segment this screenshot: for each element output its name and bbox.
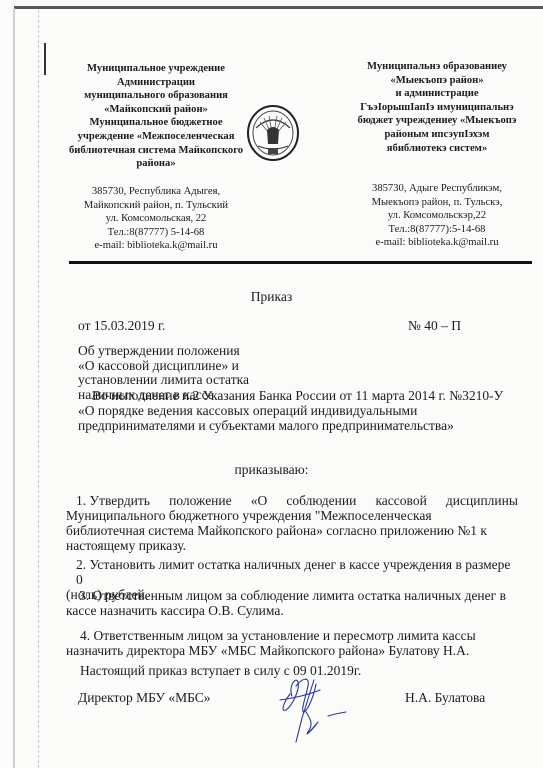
preamble-line: Во исполнение п.2 Указания Банка России …: [78, 388, 518, 403]
document-page: Муниципальное учреждение Администрации м…: [0, 0, 543, 768]
org-line: Муниципальное бюджетное: [58, 116, 254, 130]
item-line: 4. Ответственным лицом за установление и…: [66, 628, 518, 643]
org-line: библиотечная система Майкопского: [58, 144, 254, 158]
scan-left-edge: [13, 8, 15, 768]
org-line: «Мыекъопэ район»: [337, 74, 537, 88]
org-line: учреждение «Межпоселенческая: [58, 130, 254, 144]
address-line: 385730, Адыге Республикэм,: [337, 182, 537, 196]
subject-line: Об утверждении положения: [78, 344, 249, 359]
preamble-line: предпринимателями и субъектами малого пр…: [78, 418, 518, 433]
letterhead-divider: [69, 261, 532, 264]
item-line: назначить директора МБУ «МБС Майкопского…: [66, 643, 518, 658]
preamble: Во исполнение п.2 Указания Банка России …: [78, 388, 518, 433]
document-date: от 15.03.2019 г.: [78, 318, 165, 334]
preamble-line: «О порядке ведения кассовых операций инд…: [78, 403, 518, 418]
org-line: Муниципальнэ образованиеу: [337, 60, 537, 74]
signatory-title: Директор МБУ «МБС»: [78, 690, 211, 706]
item-line: 3. Ответственным лицом за соблюдение лим…: [66, 588, 518, 603]
address-line: ул. Комсомольская, 22: [58, 212, 254, 226]
order-item-1: 1. Утвердить положение «О соблюдении кас…: [66, 493, 518, 553]
item-first-line: 1. Утвердить положение «О соблюдении кас…: [66, 493, 518, 508]
word: положение: [169, 493, 232, 508]
item-line: библиотечная система Майкопского района»…: [66, 523, 518, 538]
signatory-name: Н.А. Булатова: [405, 690, 485, 706]
document-title: Приказ: [0, 289, 543, 305]
phone-line: Тел.:8(87777) 5-14-68: [58, 226, 254, 240]
document-number: № 40 – П: [408, 318, 461, 334]
word: соблюдении: [286, 493, 356, 508]
letterhead-left-address: 385730, Республика Адыгея, Майкопский ра…: [58, 185, 254, 253]
address-line: 385730, Республика Адыгея,: [58, 185, 254, 199]
word: «О: [251, 493, 268, 508]
item-line: кассе назначить кассира О.В. Сулима.: [66, 603, 518, 618]
scan-top-edge: [14, 6, 543, 9]
address-line: Майкопский район, п. Тульский: [58, 199, 254, 213]
org-line: «Майкопский район»: [58, 103, 254, 117]
org-line: Администрации: [58, 76, 254, 90]
email-line: e-mail: biblioteka.k@mail.ru: [337, 236, 537, 250]
email-line: e-mail: biblioteka.k@mail.ru: [58, 239, 254, 253]
item-line: Муниципального бюджетного учреждения "Ме…: [66, 508, 518, 523]
subject-line: «О кассовой дисциплине» и: [78, 359, 249, 374]
org-line: муниципального образования: [58, 89, 254, 103]
margin-mark: [44, 43, 46, 75]
address-line: ул. Комсомольскэр,22: [337, 209, 537, 223]
order-item-4: 4. Ответственным лицом за установление и…: [66, 628, 518, 658]
order-item-3: 3. Ответственным лицом за соблюдение лим…: [66, 588, 518, 618]
org-line: и администрацие: [337, 87, 537, 101]
margin-line: [38, 10, 39, 768]
word: 1. Утвердить: [76, 493, 150, 508]
item-line: 2. Установить лимит остатка наличных ден…: [66, 557, 518, 587]
handwritten-signature-icon: [270, 672, 360, 746]
coat-of-arms-icon: [246, 104, 300, 162]
org-line: ГъэIорышIапIэ имуниципальнэ: [337, 101, 537, 115]
subject-line: установлении лимита остатка: [78, 373, 249, 388]
letterhead-right-address: 385730, Адыге Республикэм, Мыекъопэ райо…: [337, 182, 537, 250]
letterhead-right-org: Муниципальнэ образованиеу «Мыекъопэ райо…: [337, 60, 537, 155]
org-line: районым ипсэупIэхэм: [337, 128, 537, 142]
address-line: Мыекъопэ район, п. Тульскэ,: [337, 196, 537, 210]
letterhead-left-org: Муниципальное учреждение Администрации м…: [58, 62, 254, 171]
org-line: ябиблиотекэ систем»: [337, 142, 537, 156]
order-word: приказываю:: [0, 462, 543, 478]
word: кассовой: [375, 493, 426, 508]
org-line: Муниципальное учреждение: [58, 62, 254, 76]
org-line: района»: [58, 157, 254, 171]
org-line: бюджет учреждениеу «Мыекъопэ: [337, 114, 537, 128]
word: дисциплины: [446, 493, 518, 508]
phone-line: Тел.:8(87777):5-14-68: [337, 223, 537, 237]
item-line: настоящему приказу.: [66, 538, 518, 553]
